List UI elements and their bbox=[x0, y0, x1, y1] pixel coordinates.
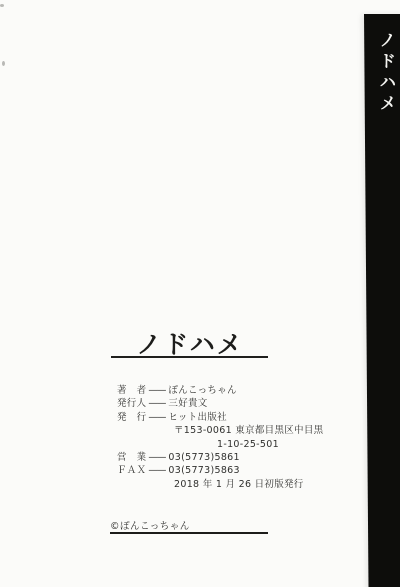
scan-speck bbox=[2, 61, 5, 66]
credit-value: 三好貴文 bbox=[168, 398, 207, 409]
book-spine: ノドハメ bbox=[364, 14, 400, 587]
spine-title: ノドハメ bbox=[376, 31, 394, 115]
contact-fax: ＦＡＸ——03(5773)5863 bbox=[117, 464, 323, 477]
colophon-block: 著 者——ぽんこっちゃん 発行人——三好貴文 発 行——ヒット出版社 〒153-… bbox=[117, 384, 323, 491]
credit-value: ぽんこっちゃん bbox=[168, 385, 236, 396]
title-underline bbox=[111, 356, 268, 358]
contact-value: 03(5773)5863 bbox=[168, 465, 239, 476]
credit-separator: —— bbox=[148, 412, 165, 423]
scan-speck bbox=[0, 4, 4, 7]
credit-issuer: 発行人——三好貴文 bbox=[117, 397, 323, 410]
credit-publisher: 発 行——ヒット出版社 bbox=[117, 411, 323, 424]
contact-label: 営 業 bbox=[117, 452, 146, 463]
publisher-address-line1: 〒153-0061 東京都目黒区中目黒 bbox=[117, 424, 323, 437]
colophon-page: ノドハメ ノドハメ 著 者——ぽんこっちゃん 発行人——三好貴文 発 行——ヒッ… bbox=[0, 0, 400, 587]
edition-date: 2018 年 1 月 26 日初版発行 bbox=[117, 478, 323, 491]
credit-label: 発 行 bbox=[117, 412, 146, 423]
contact-sales: 営 業——03(5773)5861 bbox=[117, 451, 323, 464]
contact-label: ＦＡＸ bbox=[117, 465, 146, 476]
publisher-address-line2: 1-10-25-501 bbox=[117, 438, 323, 451]
contact-separator: —— bbox=[148, 452, 165, 463]
credit-value: ヒット出版社 bbox=[168, 412, 227, 423]
credit-label: 発行人 bbox=[117, 398, 146, 409]
copyright-underline bbox=[110, 532, 268, 534]
credit-separator: —— bbox=[148, 398, 165, 409]
credit-author: 著 者——ぽんこっちゃん bbox=[117, 384, 323, 397]
credit-separator: —— bbox=[148, 385, 165, 396]
copyright-notice: ©ぽんこっちゃん bbox=[110, 518, 190, 532]
contact-value: 03(5773)5861 bbox=[168, 452, 239, 463]
credit-label: 著 者 bbox=[117, 385, 146, 396]
contact-separator: —— bbox=[148, 465, 165, 476]
